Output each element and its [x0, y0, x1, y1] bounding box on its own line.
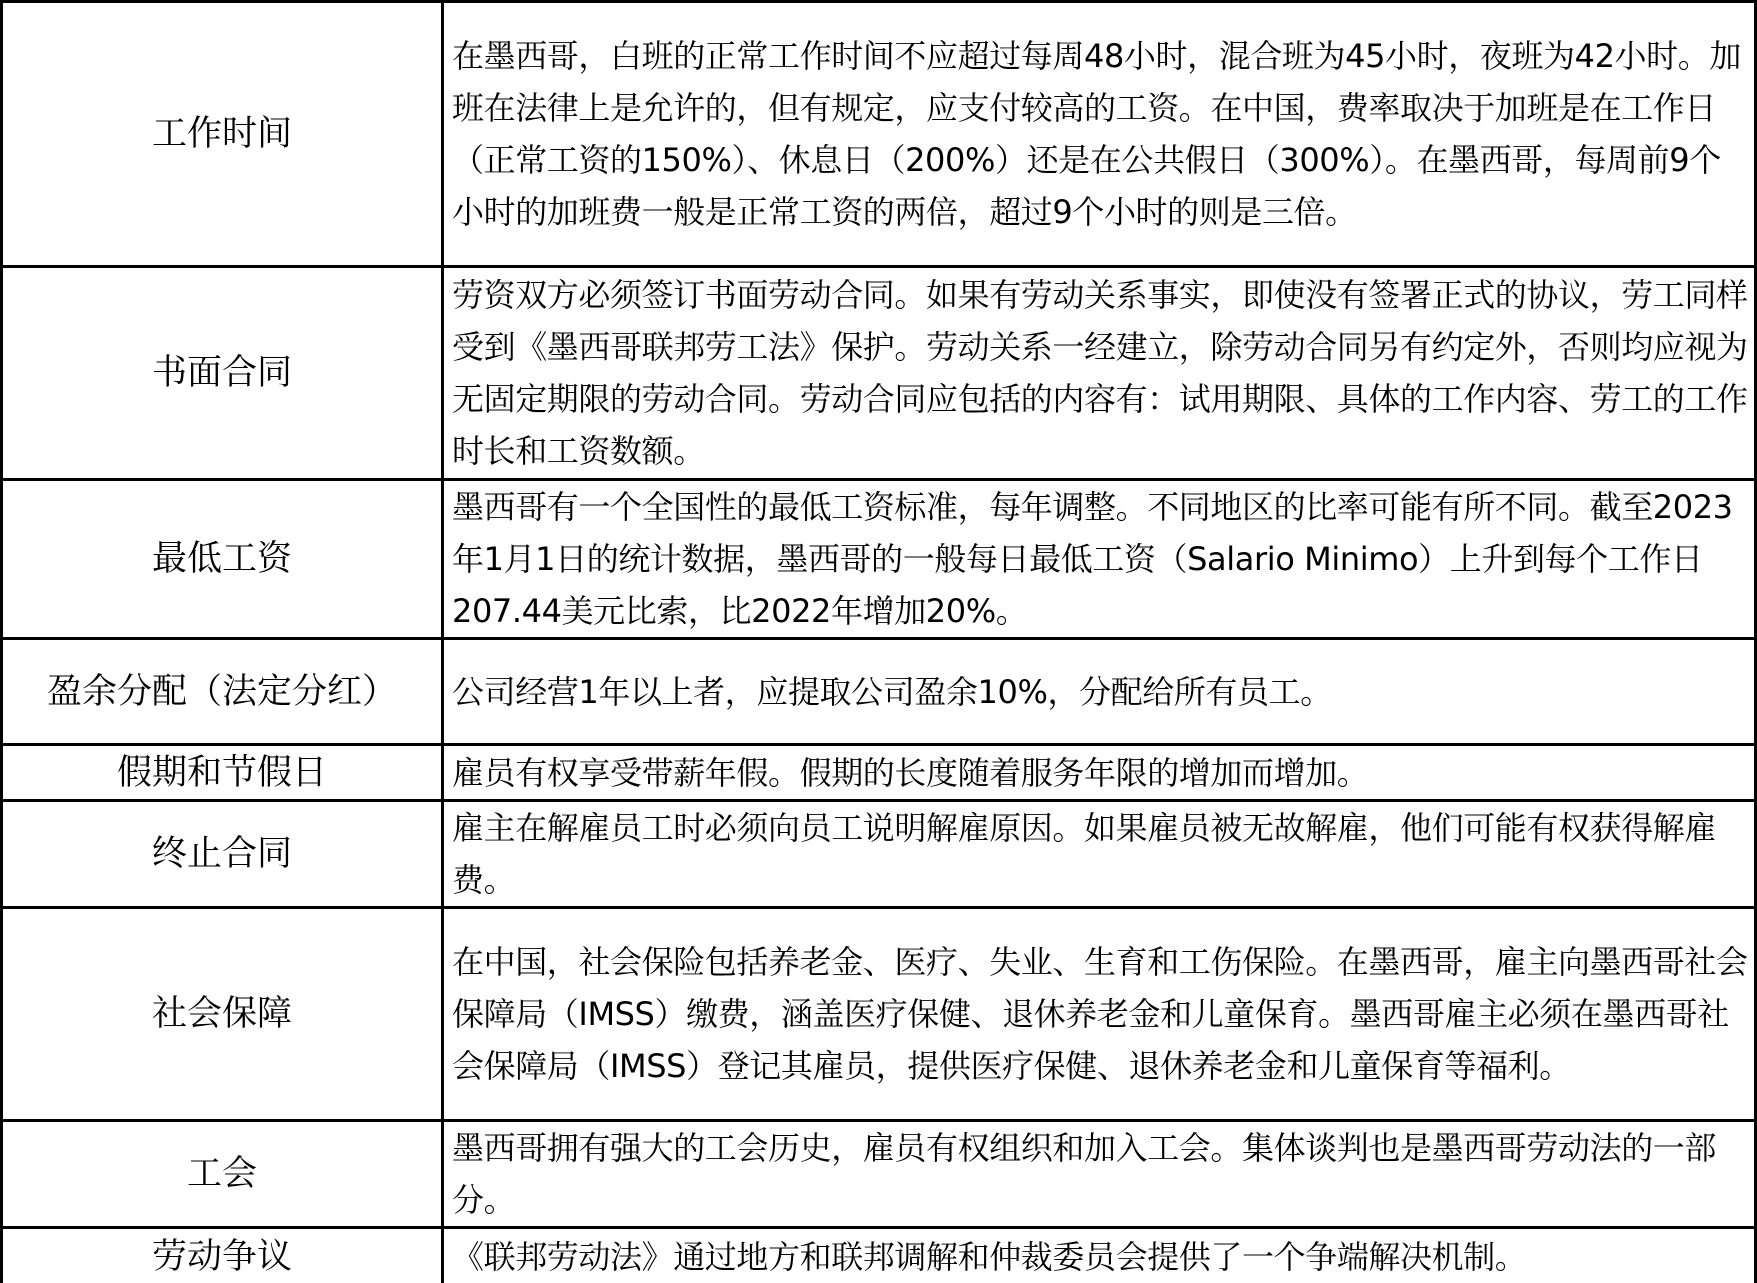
- table-row: 最低工资 墨西哥有一个全国性的最低工资标准，每年调整。不同地区的比率可能有所不同…: [2, 480, 1756, 639]
- topic-cell-vacation-holidays: 假期和节假日: [2, 745, 443, 801]
- topic-cell-contract-termination: 终止合同: [2, 801, 443, 908]
- topic-cell-written-contract: 书面合同: [2, 267, 443, 480]
- topic-cell-labor-disputes: 劳动争议: [2, 1228, 443, 1283]
- table-row: 终止合同 雇主在解雇员工时必须向员工说明解雇原因。如果雇员被无故解雇，他们可能有…: [2, 801, 1756, 908]
- labor-law-comparison-table: 工作时间 在墨西哥，白班的正常工作时间不应超过每周48小时，混合班为45小时，夜…: [0, 0, 1757, 1283]
- table-row: 盈余分配（法定分红） 公司经营1年以上者，应提取公司盈余10%，分配给所有员工。: [2, 639, 1756, 745]
- table-row: 工会 墨西哥拥有强大的工会历史，雇员有权组织和加入工会。集体谈判也是墨西哥劳动法…: [2, 1121, 1756, 1228]
- description-cell-labor-unions: 墨西哥拥有强大的工会历史，雇员有权组织和加入工会。集体谈判也是墨西哥劳动法的一部…: [443, 1121, 1756, 1228]
- description-cell-minimum-wage: 墨西哥有一个全国性的最低工资标准，每年调整。不同地区的比率可能有所不同。截至20…: [443, 480, 1756, 639]
- table-row: 社会保障 在中国，社会保险包括养老金、医疗、失业、生育和工伤保险。在墨西哥，雇主…: [2, 908, 1756, 1121]
- topic-cell-working-hours: 工作时间: [2, 2, 443, 267]
- topic-cell-social-security: 社会保障: [2, 908, 443, 1121]
- topic-cell-minimum-wage: 最低工资: [2, 480, 443, 639]
- description-cell-labor-disputes: 《联邦劳动法》通过地方和联邦调解和仲裁委员会提供了一个争端解决机制。: [443, 1228, 1756, 1283]
- table-row: 劳动争议 《联邦劳动法》通过地方和联邦调解和仲裁委员会提供了一个争端解决机制。: [2, 1228, 1756, 1283]
- table-row: 假期和节假日 雇员有权享受带薪年假。假期的长度随着服务年限的增加而增加。: [2, 745, 1756, 801]
- topic-cell-labor-unions: 工会: [2, 1121, 443, 1228]
- description-cell-working-hours: 在墨西哥，白班的正常工作时间不应超过每周48小时，混合班为45小时，夜班为42小…: [443, 2, 1756, 267]
- description-cell-profit-sharing: 公司经营1年以上者，应提取公司盈余10%，分配给所有员工。: [443, 639, 1756, 745]
- description-cell-written-contract: 劳资双方必须签订书面劳动合同。如果有劳动关系事实，即使没有签署正式的协议，劳工同…: [443, 267, 1756, 480]
- description-cell-contract-termination: 雇主在解雇员工时必须向员工说明解雇原因。如果雇员被无故解雇，他们可能有权获得解雇…: [443, 801, 1756, 908]
- description-cell-social-security: 在中国，社会保险包括养老金、医疗、失业、生育和工伤保险。在墨西哥，雇主向墨西哥社…: [443, 908, 1756, 1121]
- table-row: 工作时间 在墨西哥，白班的正常工作时间不应超过每周48小时，混合班为45小时，夜…: [2, 2, 1756, 267]
- topic-cell-profit-sharing: 盈余分配（法定分红）: [2, 639, 443, 745]
- table-row: 书面合同 劳资双方必须签订书面劳动合同。如果有劳动关系事实，即使没有签署正式的协…: [2, 267, 1756, 480]
- description-cell-vacation-holidays: 雇员有权享受带薪年假。假期的长度随着服务年限的增加而增加。: [443, 745, 1756, 801]
